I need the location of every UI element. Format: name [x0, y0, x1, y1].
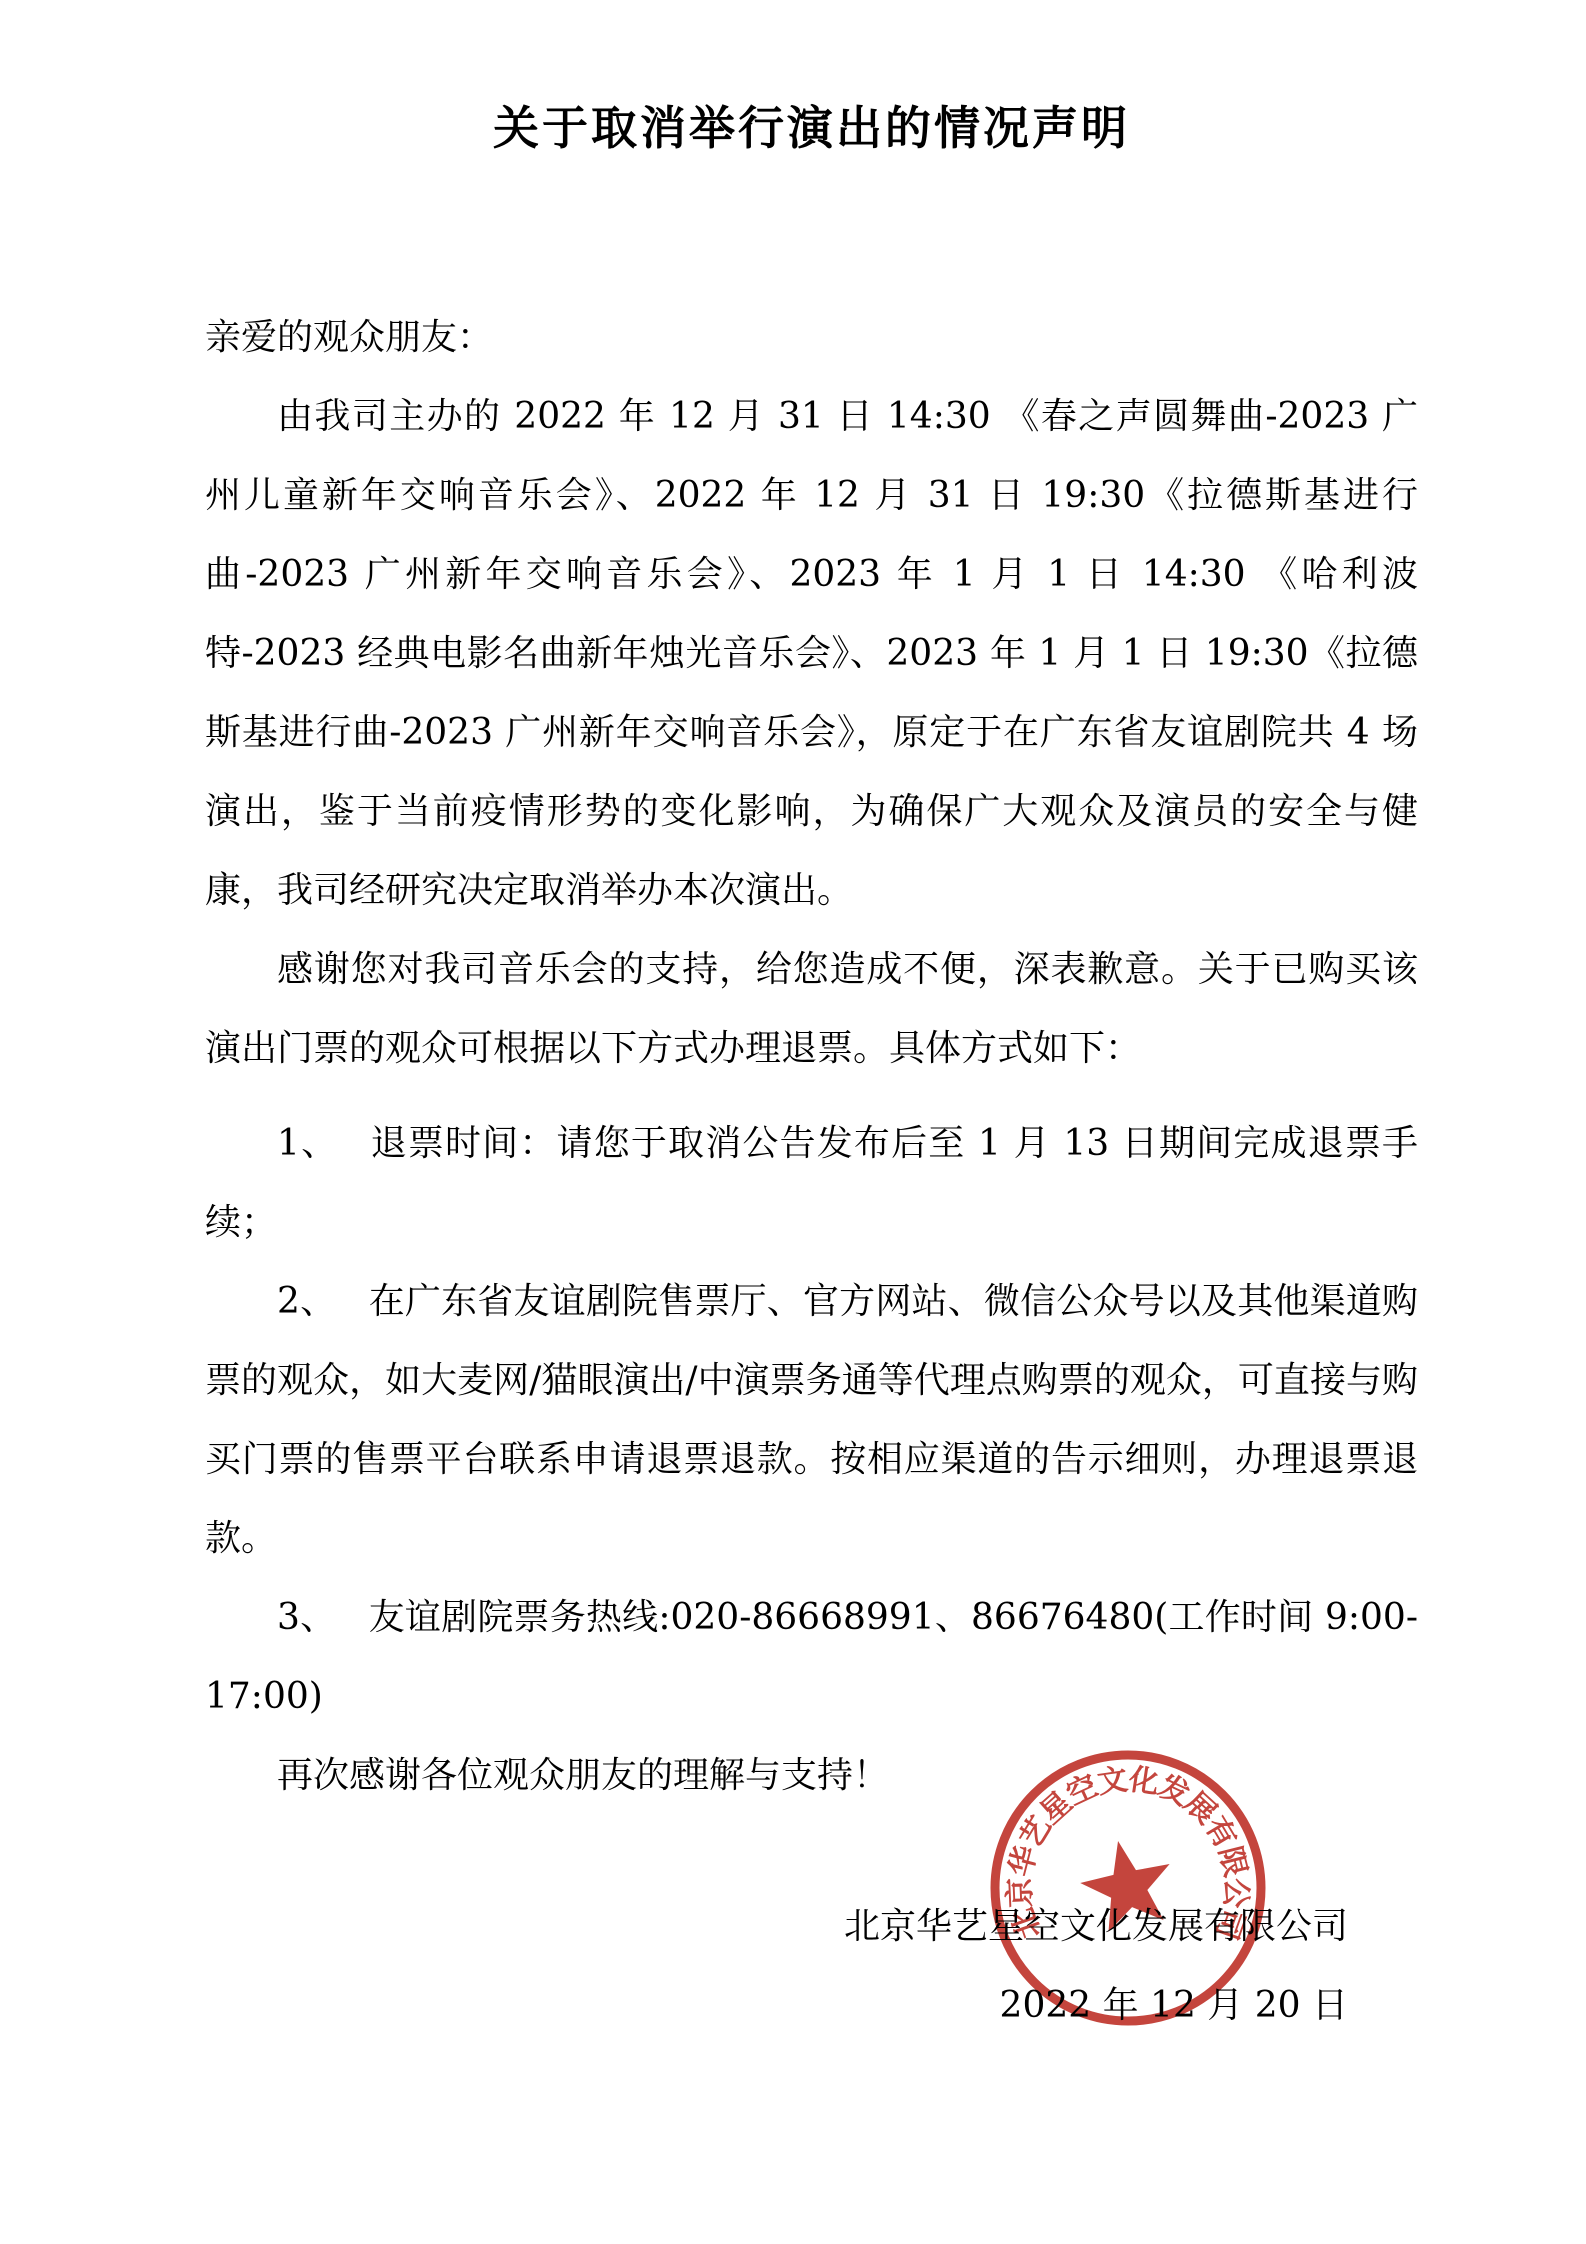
- list-item: 1、退票时间：请您于取消公告发布后至 1 月 13 日期间完成退票手续；: [205, 1104, 1418, 1262]
- list-item-marker: 2、: [277, 1281, 336, 1322]
- list-item: 2、在广东省友谊剧院售票厅、官方网站、微信公众号以及其他渠道购票的观众，如大麦网…: [205, 1262, 1418, 1578]
- list-item-marker: 1、: [277, 1123, 338, 1164]
- document-page: 关于取消举行演出的情况声明 亲爱的观众朋友： 由我司主办的 2022 年 12 …: [0, 0, 1586, 2244]
- company-stamp-seal: 北京华艺星空文化发展有限公司: [978, 1738, 1278, 2038]
- list-item-text: 退票时间：请您于取消公告发布后至 1 月 13 日期间完成退票手续；: [205, 1123, 1418, 1243]
- refund-instructions-list: 1、退票时间：请您于取消公告发布后至 1 月 13 日期间完成退票手续； 2、在…: [205, 1104, 1418, 1736]
- list-item-text: 友谊剧院票务热线:020-86668991、86676480(工作时间 9:00…: [205, 1597, 1418, 1717]
- list-item-text: 在广东省友谊剧院售票厅、官方网站、微信公众号以及其他渠道购票的观众，如大麦网/猫…: [205, 1281, 1418, 1559]
- list-item-marker: 3、: [277, 1597, 336, 1638]
- paragraph-apology: 感谢您对我司音乐会的支持，给您造成不便，深表歉意。关于已购买该演出门票的观众可根…: [205, 930, 1418, 1088]
- page-title: 关于取消举行演出的情况声明: [205, 96, 1418, 160]
- paragraph-cancellation: 由我司主办的 2022 年 12 月 31 日 14:30 《春之声圆舞曲-20…: [205, 377, 1418, 930]
- list-item: 3、友谊剧院票务热线:020-86668991、86676480(工作时间 9:…: [205, 1578, 1418, 1736]
- salutation: 亲爱的观众朋友：: [205, 298, 1418, 377]
- star-icon: [1073, 1832, 1180, 1936]
